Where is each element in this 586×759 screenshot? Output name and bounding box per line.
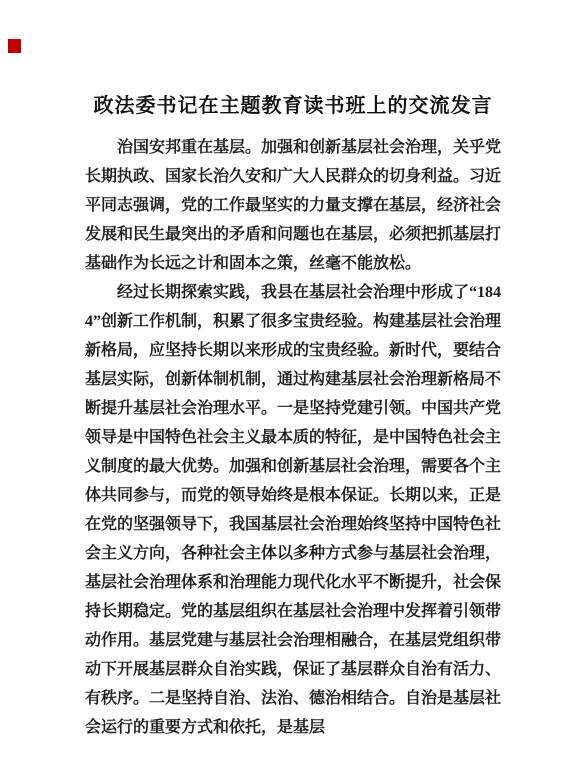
document-content: 政法委书记在主题教育读书班上的交流发言 治国安邦重在基层。加强和创新基层社会治理… (85, 0, 501, 742)
document-page: 政法委书记在主题教育读书班上的交流发言 治国安邦重在基层。加强和创新基层社会治理… (0, 0, 586, 759)
document-title: 政法委书记在主题教育读书班上的交流发言 (85, 92, 501, 120)
paragraph: 经过长期探索实践，我县在基层社会治理中形成了“1844”创新工作机制，积累了很多… (85, 278, 501, 742)
paragraph: 治国安邦重在基层。加强和创新基层社会治理，关乎党长期执政、国家长治久安和广大人民… (85, 133, 501, 278)
red-marker-icon (8, 39, 21, 53)
